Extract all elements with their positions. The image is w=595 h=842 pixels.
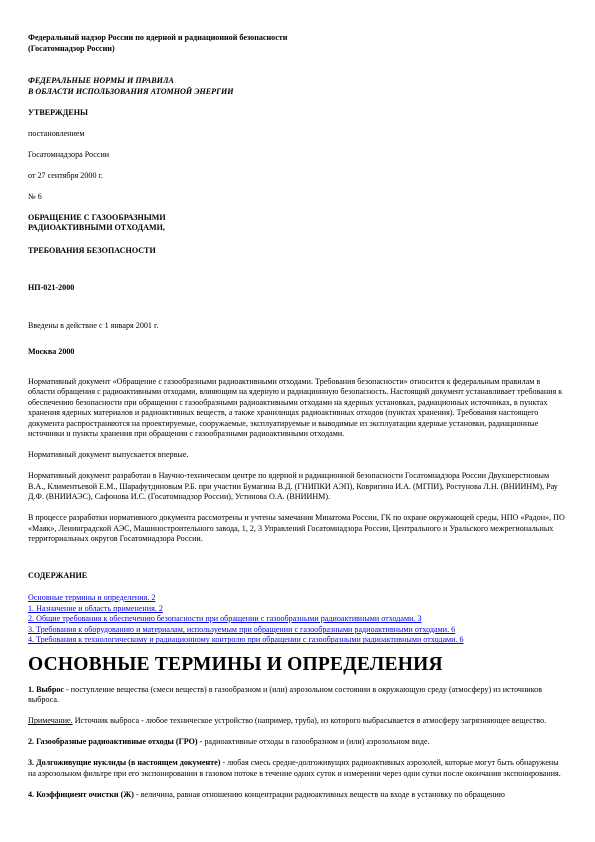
authority-line2: (Госатомнадзор России) xyxy=(28,44,115,53)
approved-by: постановлением xyxy=(28,129,567,140)
approving-org: Госатомнадзора России xyxy=(28,150,567,161)
definition-4-text: - величина, равная отношению концентраци… xyxy=(134,790,505,799)
authority-line1: Федеральный надзор России по ядерной и р… xyxy=(28,33,287,42)
terms-section-heading: ОСНОВНЫЕ ТЕРМИНЫ И ОПРЕДЕЛЕНИЯ xyxy=(28,654,567,676)
definition-2: 2. Газообразные радиоактивные отходы (ГР… xyxy=(28,737,567,748)
definition-1-term: 1. Выброс xyxy=(28,685,64,694)
toc-title: СОДЕРЖАНИЕ xyxy=(28,571,567,582)
city-year: Москва 2000 xyxy=(28,347,567,358)
document-subtitle: ТРЕБОВАНИЯ БЕЗОПАСНОСТИ xyxy=(28,246,567,257)
note-text: Источник выброса - любое техническое уст… xyxy=(73,716,547,725)
toc-link-section-1[interactable]: 1. Назначение и область применения. 2 xyxy=(28,604,567,615)
preface-paragraph-3: Нормативный документ разработан в Научно… xyxy=(28,471,567,503)
approved-label: УТВЕРЖДЕНЫ xyxy=(28,108,567,119)
toc-link-terms[interactable]: Основные термины и определения. 2 xyxy=(28,593,567,604)
approval-date: от 27 сентября 2000 г. xyxy=(28,171,567,182)
preface-paragraph-4: В процессе разработки нормативного докум… xyxy=(28,513,567,545)
norms-line2: В ОБЛАСТИ ИСПОЛЬЗОВАНИЯ АТОМНОЙ ЭНЕРГИИ xyxy=(28,87,234,96)
document-page: Федеральный надзор России по ядерной и р… xyxy=(0,0,595,842)
federal-norms-header: ФЕДЕРАЛЬНЫЕ НОРМЫ И ПРАВИЛА В ОБЛАСТИ ИС… xyxy=(28,76,567,97)
definition-3: 3. Долгоживущие нуклиды (в настоящем док… xyxy=(28,758,567,779)
effective-date: Введены в действие с 1 января 2001 г. xyxy=(28,321,567,332)
definition-1-note: Примечание. Источник выброса - любое тех… xyxy=(28,716,567,727)
note-label: Примечание. xyxy=(28,716,73,725)
definition-2-term: 2. Газообразные радиоактивные отходы (ГР… xyxy=(28,737,198,746)
title-line1: ОБРАЩЕНИЕ С ГАЗООБРАЗНЫМИ xyxy=(28,213,166,222)
document-title: ОБРАЩЕНИЕ С ГАЗООБРАЗНЫМИ РАДИОАКТИВНЫМИ… xyxy=(28,213,567,234)
preface-paragraph-2: Нормативный документ выпускается впервые… xyxy=(28,450,567,461)
definition-3-term: 3. Долгоживущие нуклиды (в настоящем док… xyxy=(28,758,220,767)
definition-1-text: - поступление вещества (смеси веществ) в… xyxy=(28,685,542,705)
authority-header: Федеральный надзор России по ядерной и р… xyxy=(28,33,567,54)
document-code: НП-021-2000 xyxy=(28,283,567,294)
approval-number: № 6 xyxy=(28,192,567,203)
definition-1: 1. Выброс - поступление вещества (смеси … xyxy=(28,685,567,706)
definition-4: 4. Коэффициент очистки (Ж) - величина, р… xyxy=(28,790,567,801)
toc-link-section-2[interactable]: 2. Общие требования к обеспечению безопа… xyxy=(28,614,567,625)
definition-4-term: 4. Коэффициент очистки (Ж) xyxy=(28,790,134,799)
title-line2: РАДИОАКТИВНЫМИ ОТХОДАМИ, xyxy=(28,223,165,232)
toc-link-section-4[interactable]: 4. Требования к технологическому и радиа… xyxy=(28,635,567,646)
definition-2-text: - радиоактивные отходы в газообразном и … xyxy=(198,737,430,746)
toc-link-section-3[interactable]: 3. Требования к оборудованию и материала… xyxy=(28,625,567,636)
norms-line1: ФЕДЕРАЛЬНЫЕ НОРМЫ И ПРАВИЛА xyxy=(28,76,174,85)
preface-paragraph-1: Нормативный документ «Обращение с газооб… xyxy=(28,377,567,440)
table-of-contents: Основные термины и определения. 2 1. Наз… xyxy=(28,593,567,646)
